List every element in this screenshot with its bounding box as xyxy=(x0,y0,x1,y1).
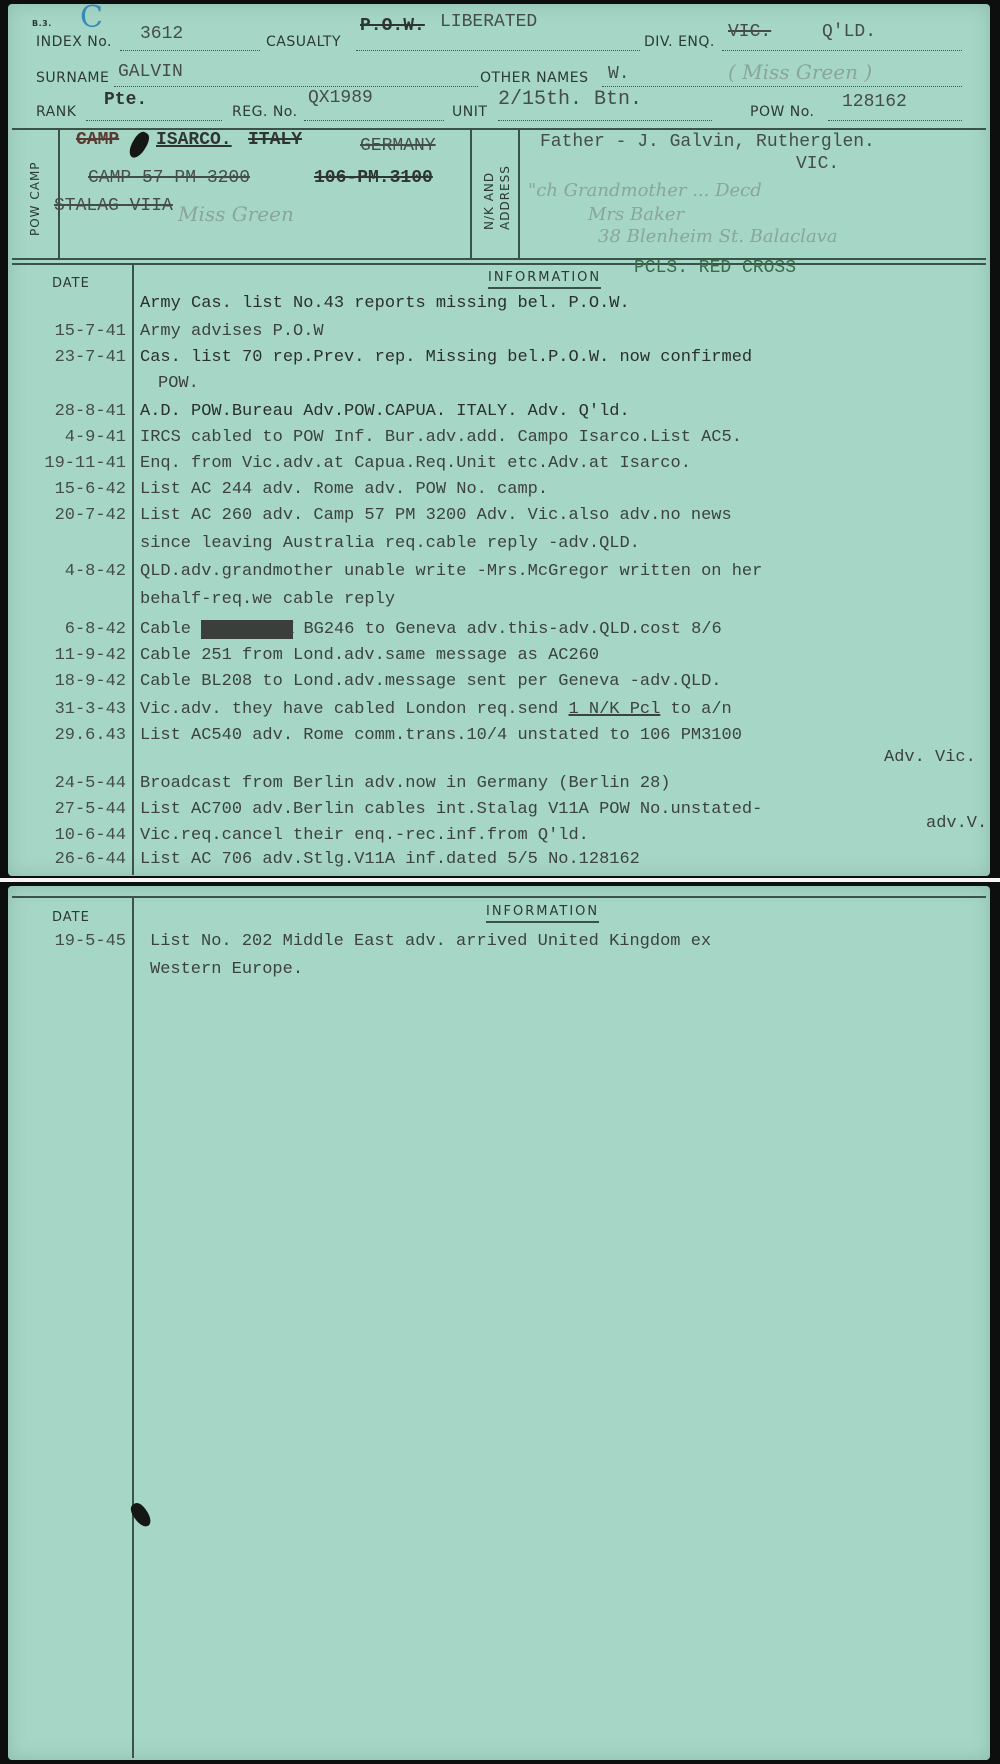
divider xyxy=(518,128,520,258)
handwritten-mark: C xyxy=(80,0,103,35)
entry-text: Army advises P.O.W xyxy=(140,322,324,341)
divider xyxy=(12,258,986,260)
entry-text: A.D. POW.Bureau Adv.POW.CAPUA. ITALY. Ad… xyxy=(140,402,630,421)
entry-date: 18-9-42 xyxy=(8,672,126,691)
entry-text: List AC 260 adv. Camp 57 PM 3200 Adv. Vi… xyxy=(140,506,732,525)
unit-value: 2/15th. Btn. xyxy=(498,88,642,111)
casualty-value: LIBERATED xyxy=(440,12,537,32)
rank-value: Pte. xyxy=(104,90,147,110)
entry-date: 11-9-42 xyxy=(8,646,126,665)
div-enq-struck: VIC. xyxy=(728,22,771,42)
entry-text: List No. 202 Middle East adv. arrived Un… xyxy=(150,932,711,951)
entry-text: List AC 706 adv.Stlg.V11A inf.dated 5/5 … xyxy=(140,850,640,869)
casualty-index-card-back: DATE INFORMATION 19-5-45List No. 202 Mid… xyxy=(8,886,990,1760)
pow-camp-label: POW CAMP xyxy=(28,161,42,236)
reg-no-label: REG. No. xyxy=(232,104,298,120)
info-note: PCLS. RED CROSS xyxy=(634,258,796,278)
form-code: B.3. xyxy=(32,19,52,28)
div-enq-value: Q'LD. xyxy=(822,22,876,42)
entry-date: 19-11-41 xyxy=(8,454,126,473)
entry-text: Adv. Vic. xyxy=(884,748,976,767)
entry-text: Enq. from Vic.adv.at Capua.Req.Unit etc.… xyxy=(140,454,691,473)
entry-date: 27-5-44 xyxy=(8,800,126,819)
nk-label-line2: ADDRESS xyxy=(498,165,512,230)
camp-line2-value: 106-PM.3100 xyxy=(314,168,433,188)
date-column-divider xyxy=(132,265,134,875)
entry-text: List AC 244 adv. Rome adv. POW No. camp. xyxy=(140,480,548,499)
index-value: 3612 xyxy=(140,24,183,44)
nk-label-line1: N/K AND xyxy=(482,172,496,230)
entry-text: Cable XXXXXXXXXX BG246 to Geneva adv.thi… xyxy=(140,620,722,639)
entry-date: 24-5-44 xyxy=(8,774,126,793)
camp-line1-struck-a: CAMP xyxy=(76,130,119,150)
entry-date: 15-6-42 xyxy=(8,480,126,499)
reg-no-value: QX1989 xyxy=(308,88,373,108)
entry-date: 4-8-42 xyxy=(8,562,126,581)
entry-text: Cas. list 70 rep.Prev. rep. Missing bel.… xyxy=(140,348,752,367)
camp-line3-struck: STALAG VIIA xyxy=(54,196,173,216)
entry-date: 31-3-43 xyxy=(8,700,126,719)
staple-clip xyxy=(126,129,152,160)
entry-date: 4-9-41 xyxy=(8,428,126,447)
entry-date: 26-6-44 xyxy=(8,850,126,869)
entry-text: Cable BL208 to Lond.adv.message sent per… xyxy=(140,672,722,691)
entry-text: Army Cas. list No.43 reports missing bel… xyxy=(140,294,630,313)
entry-date: 15-7-41 xyxy=(8,322,126,341)
entry-text: List AC700 adv.Berlin cables int.Stalag … xyxy=(140,800,762,819)
index-label: INDEX No. xyxy=(36,34,112,50)
card-separator xyxy=(0,878,1000,882)
divider xyxy=(12,896,986,898)
unit-label: UNIT xyxy=(452,104,487,120)
divider xyxy=(12,263,986,265)
casualty-struck: P.O.W. xyxy=(360,16,425,36)
entry-text: Vic.adv. they have cabled London req.sen… xyxy=(140,700,732,719)
nk-line2: VIC. xyxy=(796,154,839,174)
divider xyxy=(58,128,60,258)
struck-out-text: XXXXXXXXXX xyxy=(201,620,293,639)
nk-pencil-line1: "ch Grandmother ... Decd xyxy=(528,180,762,201)
entry-date: 23-7-41 xyxy=(8,348,126,367)
nk-line1: Father - J. Galvin, Rutherglen. xyxy=(540,132,875,152)
other-names-label: OTHER NAMES xyxy=(480,70,588,86)
information-header: INFORMATION xyxy=(486,904,599,923)
entry-date: 29.6.43 xyxy=(8,726,126,745)
camp-line1-struck-b: ITALY xyxy=(248,130,302,150)
information-header: INFORMATION xyxy=(488,270,601,289)
entry-date: 6-8-42 xyxy=(8,620,126,639)
entry-text: behalf-req.we cable reply xyxy=(140,590,395,609)
divider xyxy=(470,128,472,258)
rank-label: RANK xyxy=(36,104,76,120)
entry-text: QLD.adv.grandmother unable write -Mrs.Mc… xyxy=(140,562,762,581)
camp-pencil-note: Miss Green xyxy=(178,202,294,226)
surname-label: SURNAME xyxy=(36,70,109,86)
entry-text: List AC540 adv. Rome comm.trans.10/4 uns… xyxy=(140,726,742,745)
other-names-value: W. xyxy=(608,64,630,84)
entry-text: POW. xyxy=(158,374,199,393)
pow-no-value: 128162 xyxy=(842,92,907,112)
pow-no-label: POW No. xyxy=(750,104,815,120)
entry-text: adv.V. xyxy=(926,814,987,833)
date-header: DATE xyxy=(52,276,90,291)
entry-text: Cable 251 from Lond.adv.same message as … xyxy=(140,646,599,665)
casualty-label: CASUALTY xyxy=(266,34,341,50)
other-names-pencil-note: ( Miss Green ) xyxy=(728,60,872,84)
entry-text: Vic.req.cancel their enq.-rec.inf.from Q… xyxy=(140,826,589,845)
entry-text: Broadcast from Berlin adv.now in Germany… xyxy=(140,774,671,793)
nk-pencil-line3: 38 Blenheim St. Balaclava xyxy=(598,226,838,247)
date-column-divider xyxy=(132,898,134,1758)
casualty-index-card-front: B.3. C INDEX No. 3612 CASUALTY P.O.W. LI… xyxy=(8,4,990,876)
camp-line1-struck-c: GERMANY xyxy=(360,136,436,156)
entry-date: 19-5-45 xyxy=(8,932,126,951)
entry-date: 28-8-41 xyxy=(8,402,126,421)
entry-date: 20-7-42 xyxy=(8,506,126,525)
entry-text: IRCS cabled to POW Inf. Bur.adv.add. Cam… xyxy=(140,428,742,447)
entry-text: since leaving Australia req.cable reply … xyxy=(140,534,640,553)
camp-line1-value: ISARCO. xyxy=(156,130,232,150)
nk-pencil-line2: Mrs Baker xyxy=(588,204,684,225)
entry-date: 10-6-44 xyxy=(8,826,126,845)
camp-line2-struck: CAMP 57 PM 3200 xyxy=(88,168,250,188)
surname-value: GALVIN xyxy=(118,62,183,82)
date-header: DATE xyxy=(52,910,90,925)
entry-text: Western Europe. xyxy=(150,960,303,979)
underlined-text: 1 N/K Pcl xyxy=(568,700,660,719)
div-enq-label: DIV. ENQ. xyxy=(644,34,715,50)
